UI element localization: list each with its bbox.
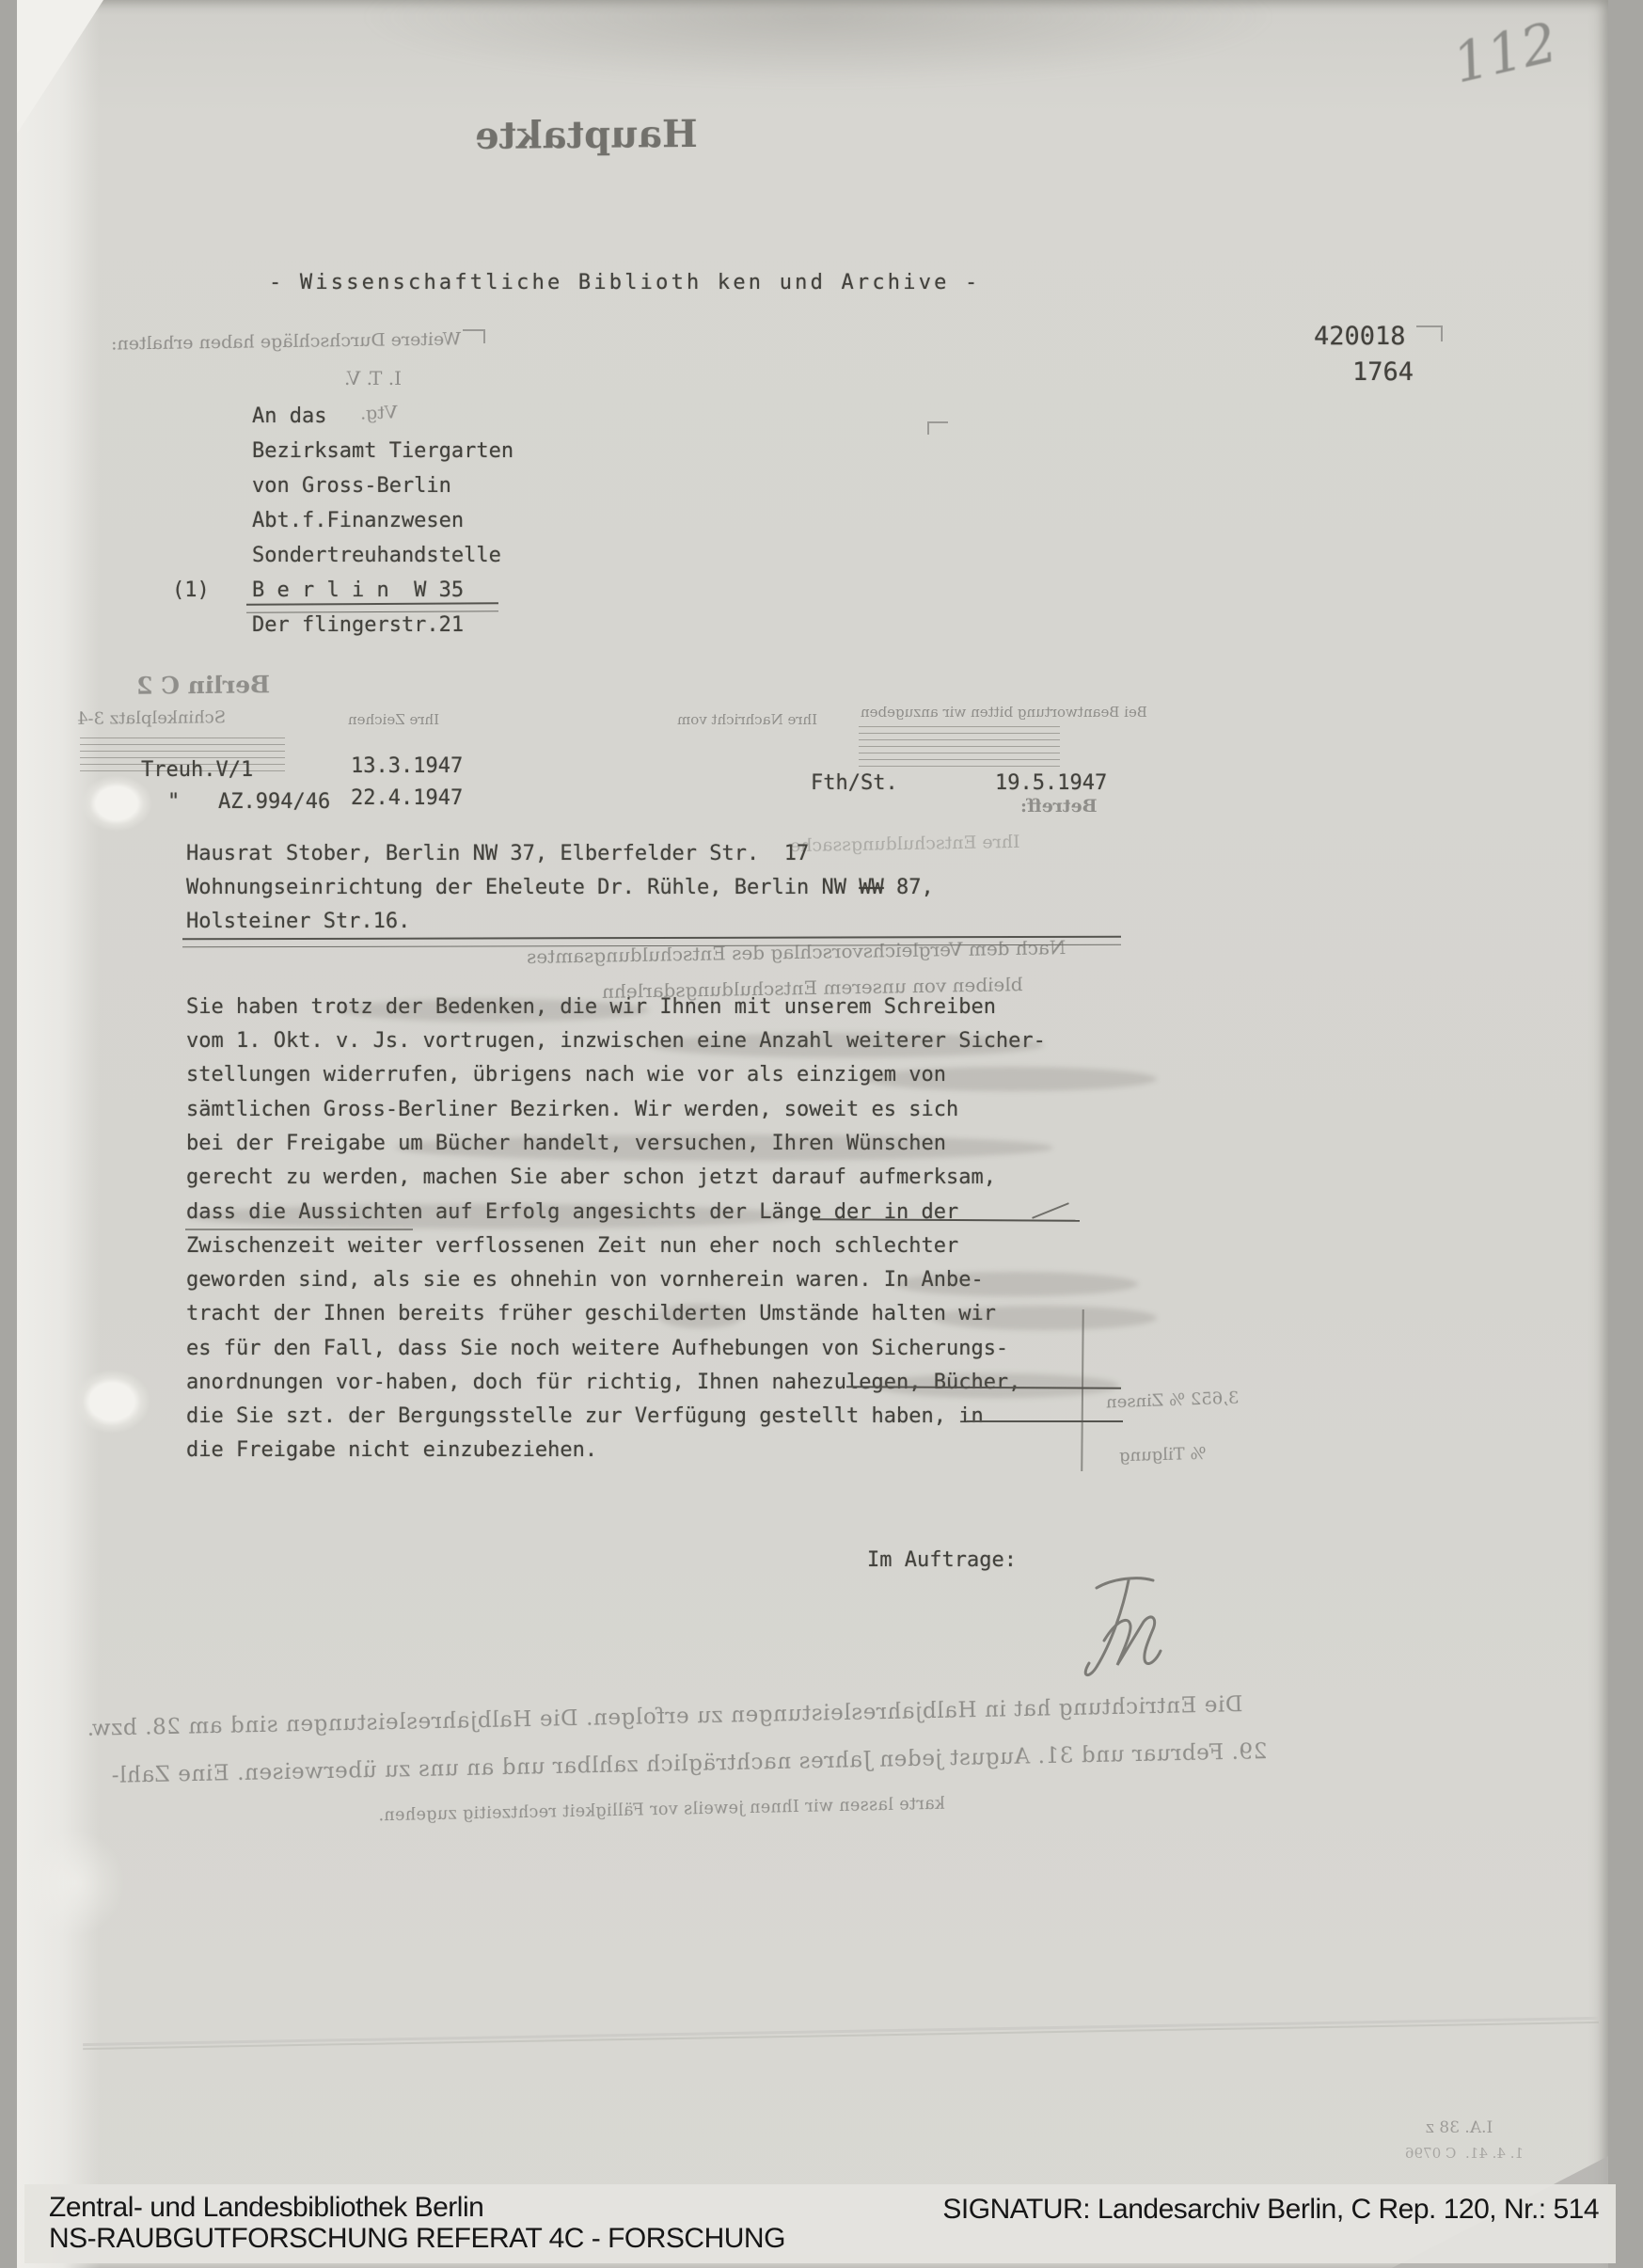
underline-aussichten (185, 1229, 413, 1230)
signature-svg (1061, 1573, 1202, 1686)
subject-line-1: Hausrat Stober, Berlin NW 37, Elberfelde… (186, 842, 809, 866)
recipient-city: B e r l i n W 35 (252, 579, 464, 603)
top-crease-shadow (357, 0, 1279, 85)
subject-line-2-post: 87, (884, 876, 934, 899)
body-line: es für den Fall, dass Sie noch weitere A… (186, 1337, 1008, 1361)
bleedthrough-schinkelplatz: Schinkelplatz 3-4 (77, 707, 226, 729)
ink-smudge (649, 1033, 1044, 1057)
body-line: stellungen widerrufen, übrigens nach wie… (186, 1063, 946, 1087)
body-line: tracht der Ihnen bereits früher geschild… (186, 1302, 996, 1326)
letter-date: 19.5.1947 (995, 771, 1107, 796)
letter-heading: - Wissenschaftliche Biblioth ken und Arc… (269, 271, 980, 295)
underline-gestellt (967, 1420, 1123, 1422)
recipient-zone-number: (1) (172, 579, 210, 603)
corner-registration-mark-middle (927, 421, 948, 435)
reference-date-1: 13.3.1947 (351, 754, 463, 779)
bleedthrough-ihre-nachricht: Ihre Nachricht vom (677, 711, 817, 728)
recipient-line-5: Sondertreuhandstelle (252, 544, 501, 568)
bleedthrough-itv: I. T. V. (344, 367, 402, 389)
signature-scribble (1061, 1573, 1202, 1690)
ink-smudge (931, 1306, 1157, 1330)
subject-line-3: Holsteiner Str.16. (186, 910, 410, 934)
bleedthrough-ihre-entschuldung: Ihre Entschuldungssache (790, 832, 1020, 856)
recipient-line-2: Bezirksamt Tiergarten (252, 439, 513, 464)
ink-smudge (875, 1373, 1119, 1398)
bleedthrough-ruled-lines-right (859, 726, 1060, 768)
bleedthrough-form-code1: I.A. 38 z (1426, 2118, 1493, 2137)
body-line: geworden sind, als sie es ohnehin von vo… (186, 1268, 984, 1293)
recipient-line-3: von Gross-Berlin (252, 474, 451, 499)
body-line: Zwischenzeit weiter verflossenen Zeit nu… (186, 1234, 958, 1259)
body-line: die Sie szt. der Bergungsstelle zur Verf… (186, 1404, 984, 1429)
file-number-top: 420018 (1314, 322, 1406, 352)
ink-smudge (395, 1134, 1053, 1161)
subject-line-2: Wohnungseinrichtung der Eheleute Dr. Rüh… (186, 876, 934, 900)
corner-registration-mark-right (1416, 325, 1443, 341)
body-line: sämtlichen Gross-Berliner Bezirken. Wir … (186, 1098, 958, 1122)
reference-date-2: 22.4.1947 (351, 786, 463, 811)
paper-damage-patch (26, 1831, 124, 1936)
bleedthrough-form-code2: 1. 4. 41. C 0796 (1405, 2145, 1524, 2162)
recipient-city-underline (246, 602, 498, 612)
ink-smudge (865, 1067, 1157, 1091)
bleedthrough-ihre-zeichen: Ihre Zeichen (348, 711, 439, 728)
bleedthrough-tilgung: % Tilgung (1119, 1444, 1207, 1466)
ink-smudge (658, 1304, 743, 1328)
subject-line-2-struck: WW (859, 876, 884, 899)
ink-smudge (188, 1204, 799, 1229)
body-line: gerecht zu werden, machen Sie aber schon… (186, 1166, 996, 1190)
recipient-line-1: An das (252, 404, 326, 429)
reference-number-2: AZ.994/46 (218, 790, 330, 815)
recipient-line-4: Abt.f.Finanzwesen (252, 509, 464, 533)
bleedthrough-hauptakte: Hauptakte (475, 112, 698, 158)
closing-phrase: Im Auftrage: (867, 1548, 1017, 1573)
file-number-bottom: 1764 (1352, 357, 1414, 388)
corner-registration-mark-left (463, 329, 485, 343)
footer-department: NS-RAUBGUTFORSCHUNG REFERAT 4C - FORSCHU… (49, 2223, 785, 2255)
ink-smudge (893, 1272, 1138, 1296)
footer-signatur: SIGNATUR: Landesarchiv Berlin, C Rep. 12… (942, 2194, 1599, 2226)
bleedthrough-vtg: Vtg. (360, 402, 398, 423)
bleedthrough-betreff: Betreff: (1020, 796, 1098, 817)
body-line: die Freigabe nicht einzubeziehen. (186, 1438, 597, 1463)
ink-smudge (339, 999, 649, 1022)
footer-institution: Zentral- und Landesbibliothek Berlin (49, 2192, 483, 2224)
subject-line-2-pre: Wohnungseinrichtung der Eheleute Dr. Rüh… (186, 876, 859, 899)
scanned-document: Hauptakte Weitere Durchschläge haben erh… (0, 0, 1643, 2268)
reference-number-1: Treuh.V/1 (141, 758, 253, 783)
bleedthrough-berlin-c2: Berlin C 2 (136, 671, 270, 699)
clerk-initials: Fth/St. (811, 771, 898, 796)
reference-ditto-mark: " (167, 790, 180, 815)
bleedthrough-bei-beantwortung: Bei Beantwortung bitten wir anzugeben (861, 704, 1147, 721)
recipient-street: Der flingerstr.21 (252, 613, 464, 638)
